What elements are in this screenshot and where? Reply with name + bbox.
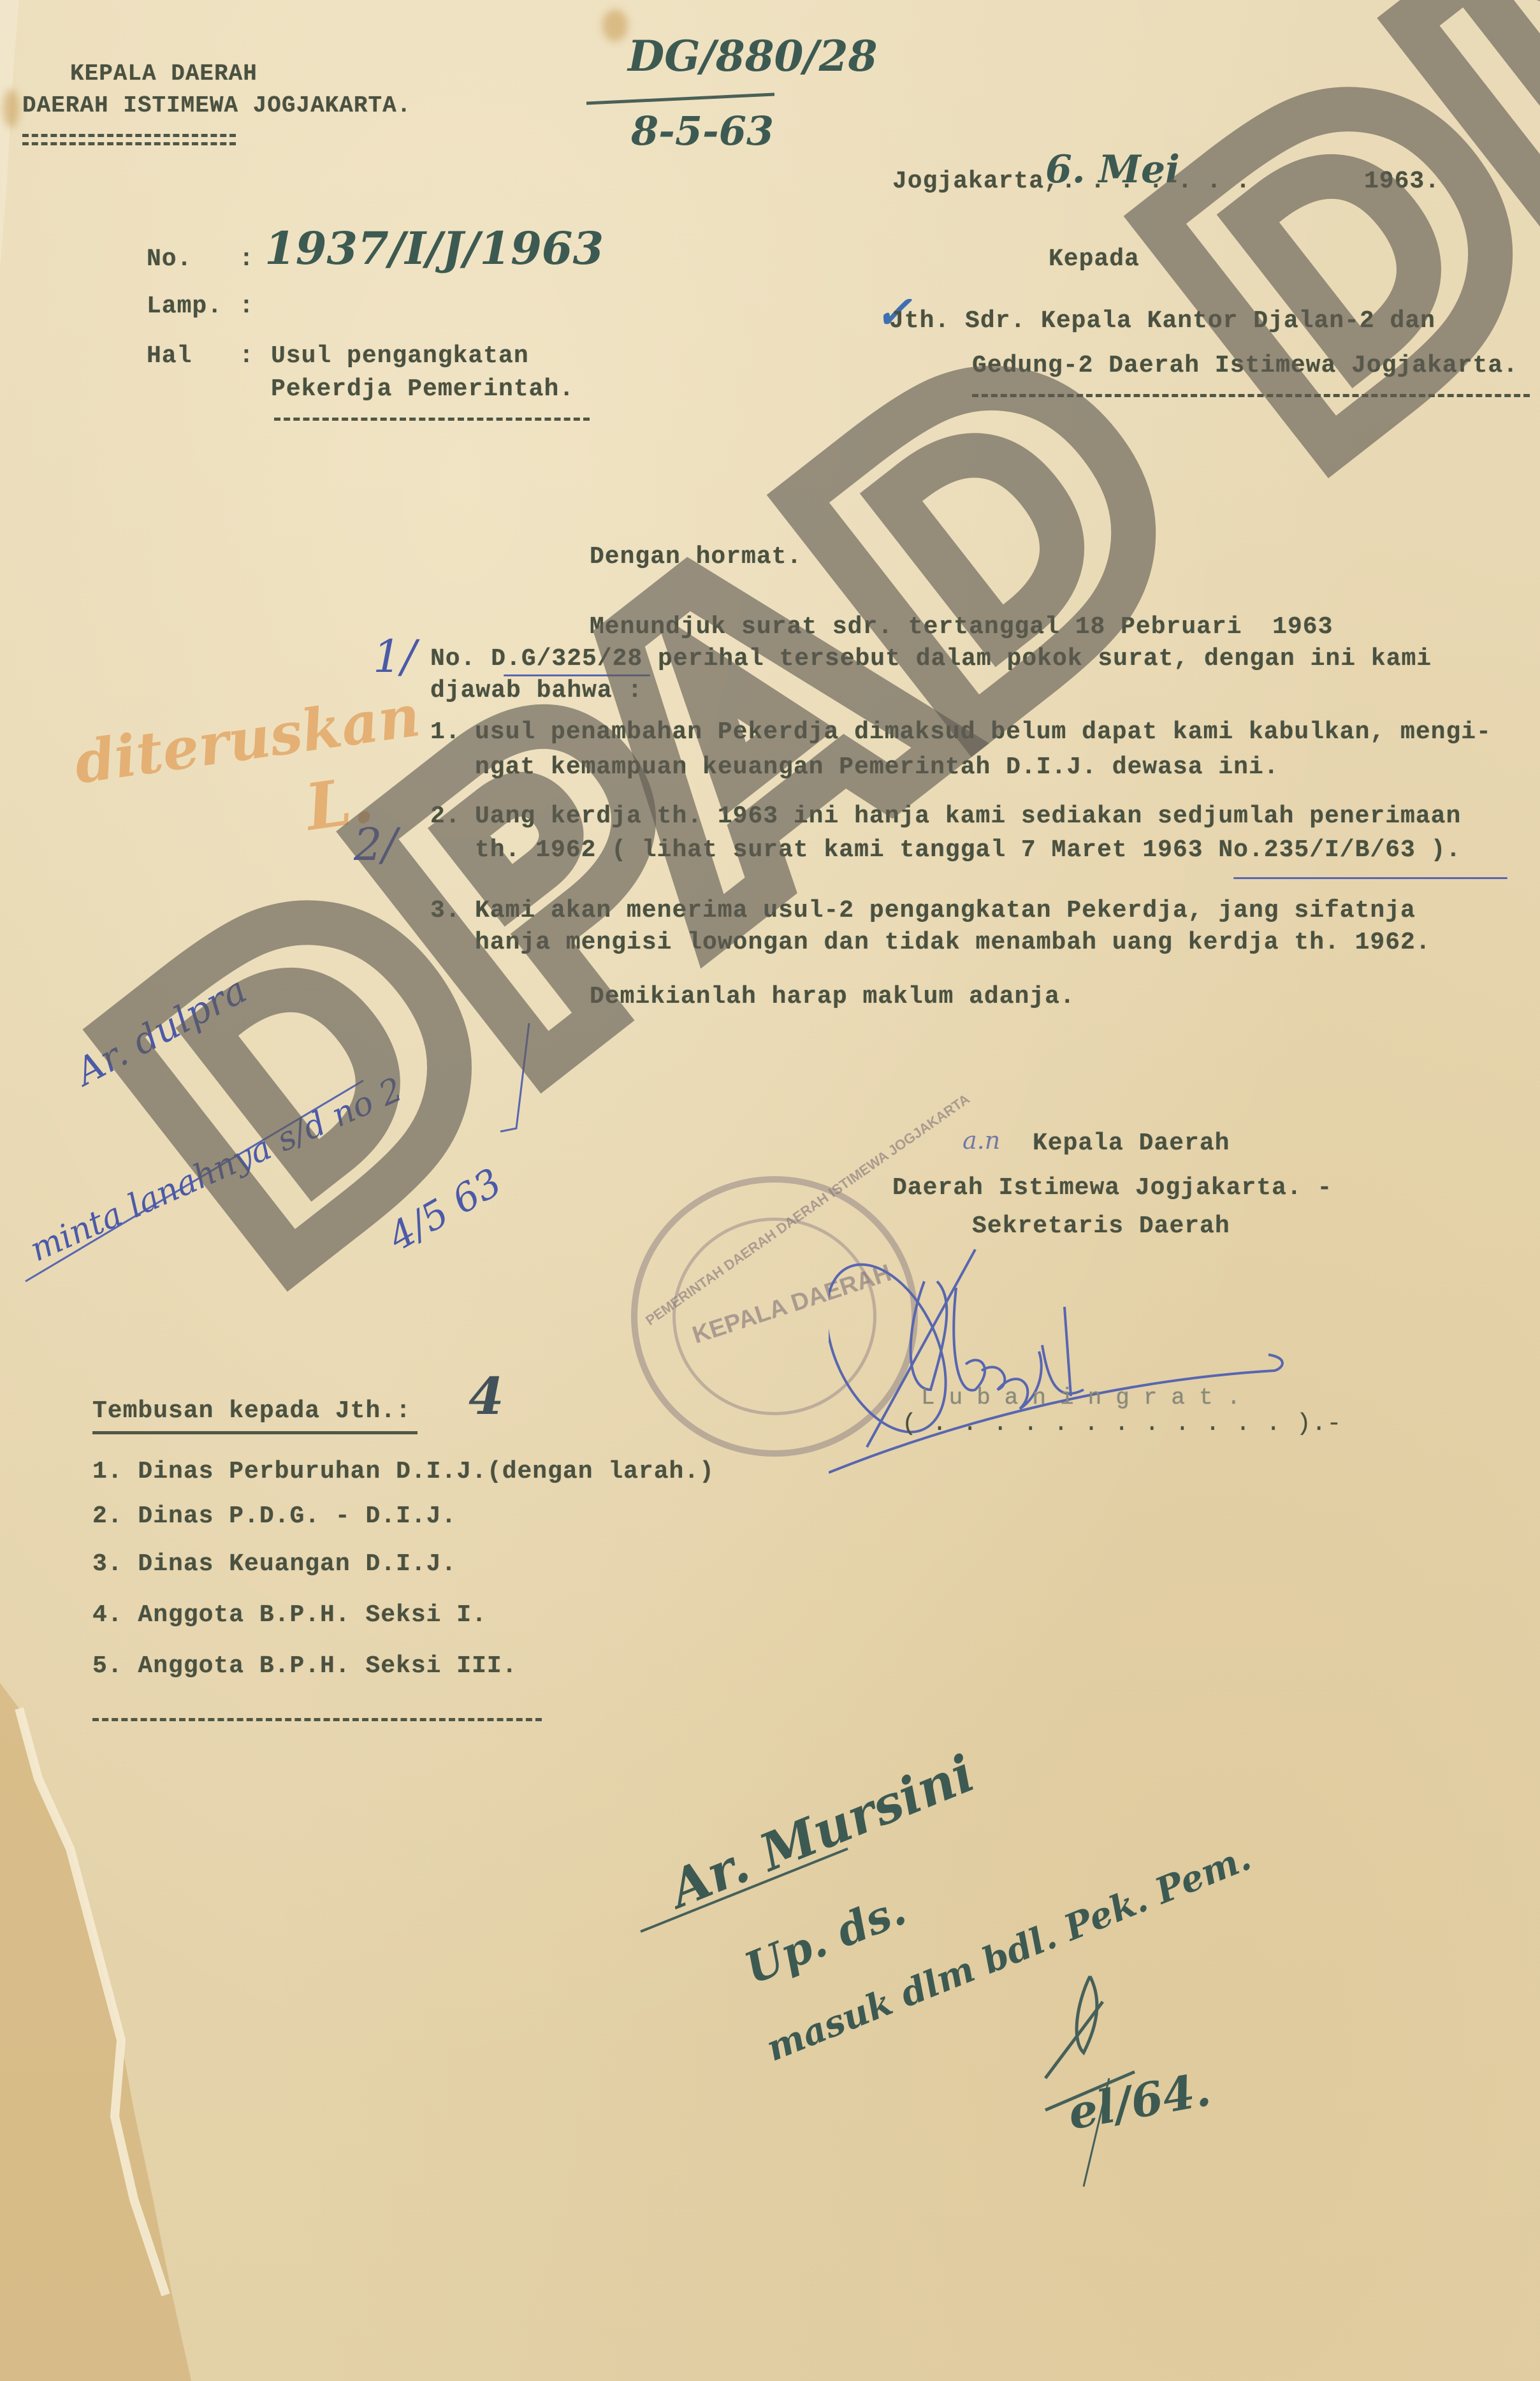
letterhead-line2: DAERAH ISTIMEWA JOGJAKARTA.	[22, 94, 411, 117]
point-3-line1: Kami akan menerima usul-2 pengangkatan P…	[475, 899, 1416, 923]
letterhead-line1: KEPALA DAERAH	[70, 62, 258, 85]
signature-line3: Sekretaris Daerah	[972, 1214, 1230, 1239]
orange-pencil-initial: L.	[302, 767, 377, 840]
recipient-line1: Jth. Sdr. Kepala Kantor Djalan-2 dan	[889, 309, 1435, 333]
hal-label: Hal	[147, 344, 192, 368]
place-label: Jogjakarta,	[892, 170, 1059, 194]
letter-number-handwritten: 1937/I/J/1963	[265, 226, 604, 271]
point-1-number: 1.	[430, 720, 461, 745]
tembusan-item-1: 1. Dinas Perburuhan D.I.J.(dengan larah.…	[92, 1460, 715, 1484]
stain-left	[3, 89, 19, 127]
tembusan-item-3: 3. Dinas Keuangan D.I.J.	[92, 1552, 456, 1576]
tembusan-end-rule	[92, 1718, 542, 1721]
recipient-rule	[972, 394, 1530, 397]
kepada-label: Kepada	[1049, 247, 1140, 272]
point-1-line2: ngat kemampuan keuangan Pemerintah D.I.J…	[475, 755, 1279, 780]
incoming-register-number: DG/880/28	[628, 35, 877, 77]
point-1-line1: usul penambahan Pekerdja dimaksud belum …	[475, 720, 1492, 745]
point-3-number: 3.	[430, 899, 461, 923]
hal-value-line2: Pekerdja Pemerintah.	[271, 377, 574, 402]
body-intro-line2: No. D.G/325/28 perihal tersebut dalam po…	[430, 647, 1432, 671]
body-closing: Demikianlah harap maklum adanja.	[590, 985, 1075, 1009]
tembusan-item-4: 4. Anggota B.P.H. Seksi I.	[92, 1603, 487, 1627]
point-2-line2: th. 1962 ( lihat surat kami tanggal 7 Ma…	[475, 838, 1461, 863]
signature-line2: Daerah Istimewa Jogjakarta. -	[892, 1176, 1332, 1200]
margin-note-1: 1/	[373, 634, 416, 679]
tembusan-title: Tembusan kepada Jth.:	[92, 1399, 411, 1424]
recipient-line2: Gedung-2 Daerah Istimewa Jogjakarta.	[972, 354, 1518, 378]
hal-colon: :	[239, 344, 254, 368]
reference-underline	[504, 674, 650, 676]
point-3-line2: hanja mengisi lowongan dan tidak menamba…	[475, 931, 1431, 955]
signer-name: Lubaningrat.	[921, 1387, 1254, 1409]
incoming-register-date: 8-5-63	[631, 112, 774, 151]
hal-rule	[274, 418, 590, 421]
lamp-label: Lamp.	[147, 295, 222, 319]
date-dots: . . . . . . .	[1061, 170, 1250, 194]
tembusan-item-2: 2. Dinas P.D.G. - D.I.J.	[92, 1504, 456, 1529]
body-intro-line3: djawab bahwa :	[430, 679, 643, 703]
salutation: Dengan hormat.	[590, 545, 802, 569]
signature-prefix: a.n	[962, 1128, 1000, 1153]
tembusan-mark: 4	[469, 1371, 504, 1422]
date-year: 1963.	[1364, 170, 1440, 194]
tembusan-title-rule	[92, 1431, 418, 1434]
signature-line1: Kepala Daerah	[1033, 1132, 1230, 1156]
letterhead-rule	[22, 134, 236, 137]
point-2-number: 2.	[430, 805, 461, 829]
tembusan-item-5: 5. Anggota B.P.H. Seksi III.	[92, 1654, 518, 1678]
body-intro-line1: Menundjuk surat sdr. tertanggal 18 Pebru…	[590, 615, 1333, 639]
hal-value-line1: Usul pengangkatan	[271, 344, 529, 368]
signer-name-dots: ( . . . . . . . . . . . . ).-	[902, 1412, 1342, 1436]
stain-top	[602, 10, 628, 41]
point-2-underline	[1233, 877, 1507, 879]
no-colon: :	[239, 247, 254, 272]
no-label: No.	[147, 247, 192, 272]
point-2-line1: Uang kerdja th. 1963 ini hanja kami sedi…	[475, 805, 1461, 829]
lamp-colon: :	[239, 295, 254, 319]
official-stamp: KEPALA DAERAH PEMERINTAH DAERAH DAERAH I…	[631, 1176, 918, 1457]
